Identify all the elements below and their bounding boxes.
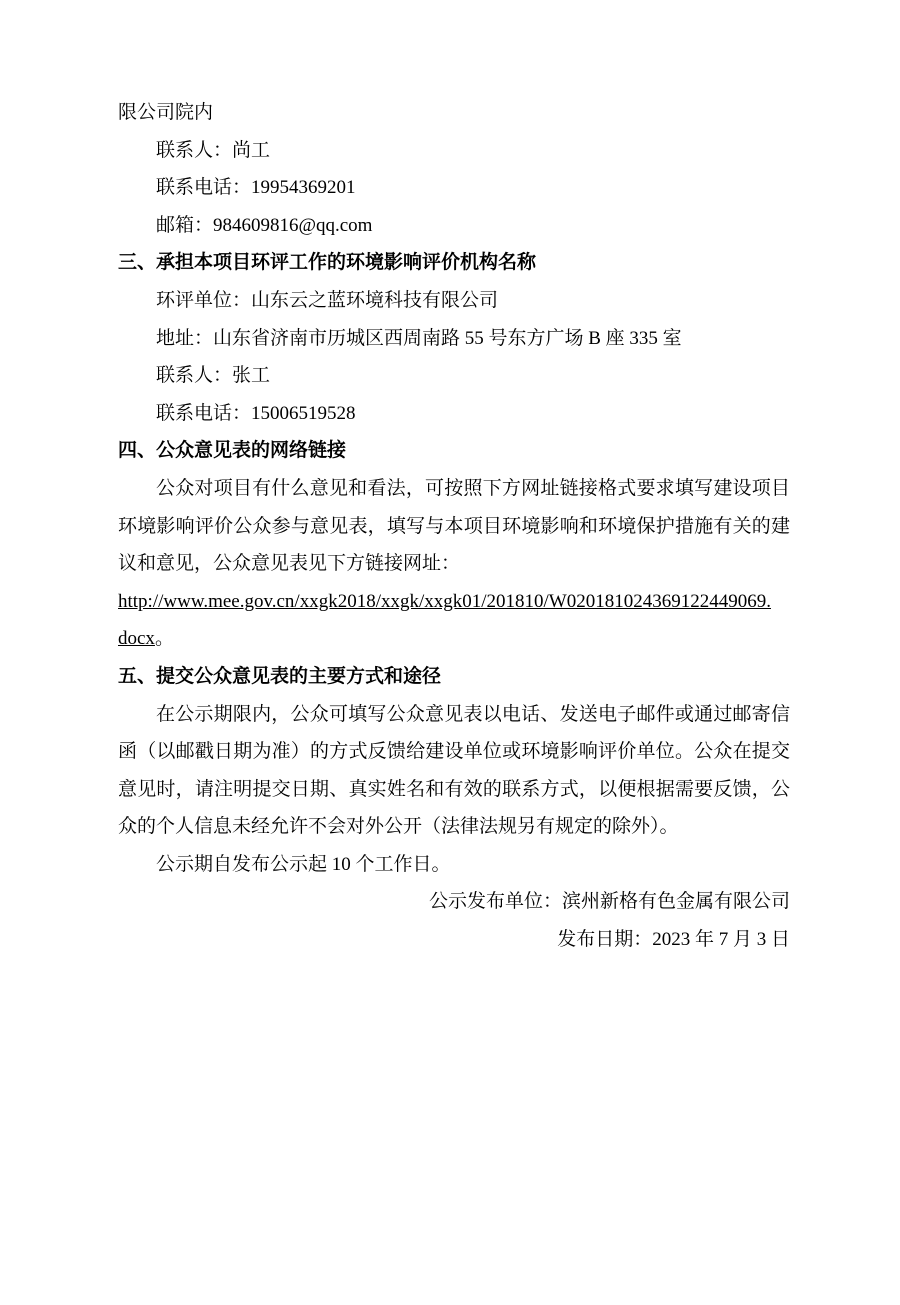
section3-contact-phone: 联系电话：15006519528 xyxy=(118,395,790,433)
section5-heading: 五、提交公众意见表的主要方式和途径 xyxy=(118,658,790,696)
section3-heading: 三、承担本项目环评工作的环境影响评价机构名称 xyxy=(118,244,790,282)
document-page: 限公司院内 联系人：尚工 联系电话：19954369201 邮箱：9846098… xyxy=(118,94,790,959)
section5-paragraph-line: 意见时，请注明提交日期、真实姓名和有效的联系方式，以便根据需要反馈，公 xyxy=(118,771,790,809)
section3-eia-unit: 环评单位：山东云之蓝环境科技有限公司 xyxy=(118,282,790,320)
construction-contact-email: 邮箱：984609816@qq.com xyxy=(118,207,790,245)
section5-paragraph-line: 众的个人信息未经允许不会对外公开（法律法规另有规定的除外）。 xyxy=(118,808,790,846)
section4-heading: 四、公众意见表的网络链接 xyxy=(118,432,790,470)
section4-paragraph-line: 议和意见，公众意见表见下方链接网址： xyxy=(118,545,790,583)
section5-closing-line: 公示期自发布公示起 10 个工作日。 xyxy=(118,846,790,884)
section3-contact-person: 联系人：张工 xyxy=(118,357,790,395)
construction-contact-person: 联系人：尚工 xyxy=(118,132,790,170)
public-comment-form-link-line2[interactable]: docx xyxy=(118,628,155,649)
public-comment-form-link-line1[interactable]: http://www.mee.gov.cn/xxgk2018/xxgk/xxgk… xyxy=(118,583,790,621)
section5-paragraph-line: 在公示期限内，公众可填写公众意见表以电话、发送电子邮件或通过邮寄信 xyxy=(118,696,790,734)
construction-contact-phone: 联系电话：19954369201 xyxy=(118,169,790,207)
section4-paragraph-line: 公众对项目有什么意见和看法，可按照下方网址链接格式要求填写建设项目 xyxy=(118,470,790,508)
section3-address: 地址：山东省济南市历城区西周南路 55 号东方广场 B 座 335 室 xyxy=(118,320,790,358)
publisher-line: 公示发布单位：滨州新格有色金属有限公司 xyxy=(118,883,790,921)
link-period: 。 xyxy=(155,628,174,649)
section5-paragraph-line: 函（以邮戳日期为准）的方式反馈给建设单位或环境影响评价单位。公众在提交 xyxy=(118,733,790,771)
public-comment-form-link-line2-wrap: docx。 xyxy=(118,620,790,658)
continuation-line: 限公司院内 xyxy=(118,94,790,132)
section4-paragraph-line: 环境影响评价公众参与意见表，填写与本项目环境影响和环境保护措施有关的建 xyxy=(118,508,790,546)
publish-date-line: 发布日期：2023 年 7 月 3 日 xyxy=(118,921,790,959)
